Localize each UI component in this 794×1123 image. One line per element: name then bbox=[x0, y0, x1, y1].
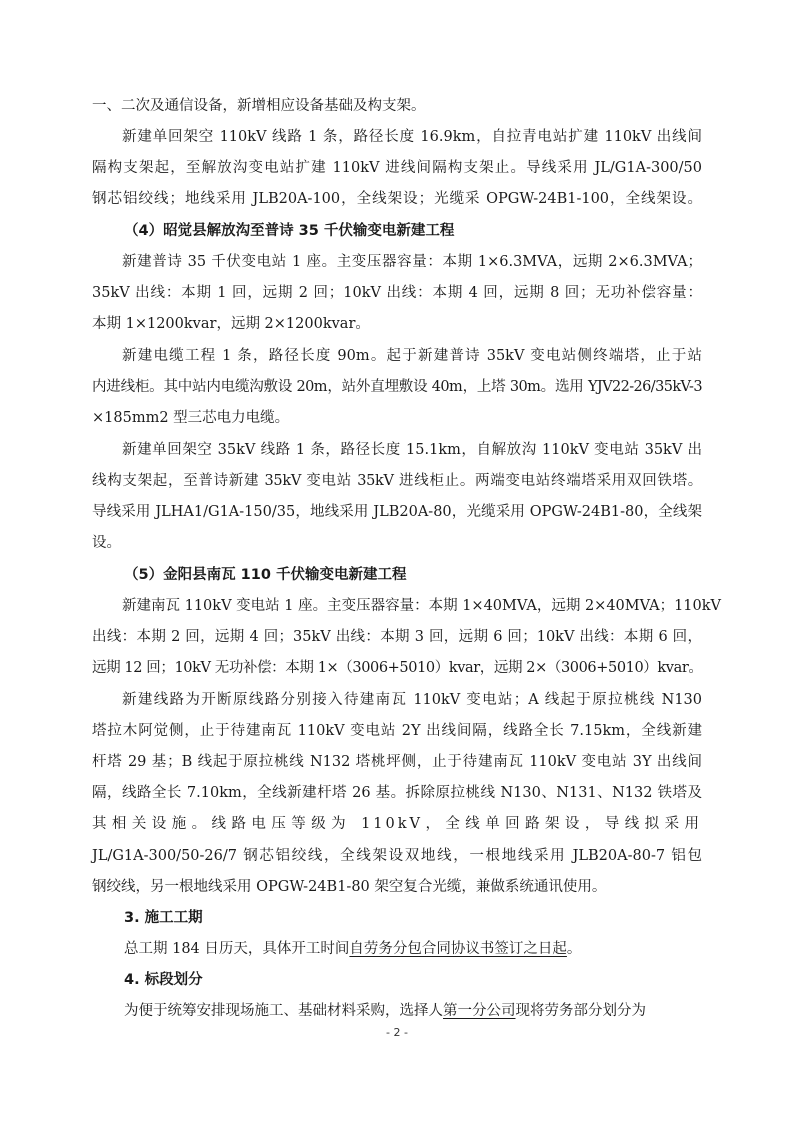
paragraph-line: 隔，线路全长 7.10km，全线新建杆塔 26 基。拆除原拉桃线 N130、N1… bbox=[92, 783, 702, 803]
paragraph-line: 新建单回架空 35kV 线路 1 条，路径长度 15.1km，自解放沟 110k… bbox=[122, 440, 702, 460]
paragraph-line: 设。 bbox=[92, 533, 702, 553]
page-number: - 2 - bbox=[0, 1026, 794, 1039]
schedule-text: 总工期 184 日历天，具体开工时间 bbox=[124, 941, 349, 957]
document-page: 一、二次及通信设备，新增相应设备基础及构支架。 新建单回架空 110kV 线路 … bbox=[0, 0, 794, 1123]
paragraph-line: 新建电缆工程 1 条，路径长度 90m。起于新建普诗 35kV 变电站侧终端塔，… bbox=[122, 346, 702, 366]
paragraph-line: JL/G1A-300/50-26/7 钢芯铝绞线，全线架设双地线，一根地线采用 … bbox=[92, 846, 702, 866]
division-text: 为便于统筹安排现场施工、基础材料采购，选择人 bbox=[124, 1003, 443, 1019]
paragraph-line: 钢绞线，另一根地线采用 OPGW-24B1-80 架空复合光缆，兼做系统通讯使用… bbox=[92, 877, 702, 897]
paragraph-line: 钢芯铝绞线；地线采用 JLB20A-100，全线架设；光缆采 OPGW-24B1… bbox=[92, 189, 702, 209]
schedule-underlined-text: 自劳务分包合同协议书签订之日起 bbox=[349, 941, 567, 957]
paragraph-line: 其相关设施。线路电压等级为 110kV，全线单回路架设，导线拟采用 bbox=[92, 814, 702, 834]
schedule-suffix: 。 bbox=[567, 941, 582, 957]
paragraph-line: 杆塔 29 基；B 线起于原拉桃线 N132 塔桃坪侧，止于待建南瓦 110kV… bbox=[92, 752, 702, 772]
paragraph-line: 新建普诗 35 千伏变电站 1 座。主变压器容量：本期 1×6.3MVA，远期 … bbox=[122, 252, 702, 272]
section-heading-4: （4）昭觉县解放沟至普诗 35 千伏输变电新建工程 bbox=[124, 221, 734, 241]
paragraph-line: 远期 12 回；10kV 无功补偿：本期 1×（3006+5010）kvar，远… bbox=[92, 658, 702, 678]
division-paragraph: 为便于统筹安排现场施工、基础材料采购，选择人第一分公司现将劳务部分划分为 bbox=[124, 1001, 704, 1021]
division-underlined-text: 第一分公司 bbox=[443, 1003, 516, 1019]
paragraph-line: 一、二次及通信设备，新增相应设备基础及构支架。 bbox=[92, 96, 702, 116]
paragraph-line: 导线采用 JLHA1/G1A-150/35，地线采用 JLB20A-80，光缆采… bbox=[92, 502, 702, 522]
division-suffix: 现将劳务部分划分为 bbox=[516, 1003, 647, 1019]
paragraph-line: 新建单回架空 110kV 线路 1 条，路径长度 16.9km，自拉青电站扩建 … bbox=[122, 127, 702, 147]
section-heading-5: （5）金阳县南瓦 110 千伏输变电新建工程 bbox=[124, 565, 734, 585]
paragraph-line: 新建南瓦 110kV 变电站 1 座。主变压器容量：本期 1×40MVA，远期 … bbox=[122, 596, 702, 616]
paragraph-line: 线构支架起，至普诗新建 35kV 变电站 35kV 进线柜止。两端变电站终端塔采… bbox=[92, 471, 702, 491]
section-heading-4-division: 4. 标段划分 bbox=[124, 970, 734, 990]
paragraph-line: 35kV 出线：本期 1 回，远期 2 回；10kV 出线：本期 4 回，远期 … bbox=[92, 283, 702, 303]
paragraph-line: 内进线柜。其中站内电缆沟敷设 20m，站外直埋敷设 40m，上塔 30m。选用 … bbox=[92, 377, 702, 397]
schedule-paragraph: 总工期 184 日历天，具体开工时间自劳务分包合同协议书签订之日起。 bbox=[124, 939, 734, 959]
paragraph-line: 隔构支架起，至解放沟变电站扩建 110kV 进线间隔构支架止。导线采用 JL/G… bbox=[92, 158, 702, 178]
paragraph-line: 塔拉木阿觉侧，止于待建南瓦 110kV 变电站 2Y 出线间隔，线路全长 7.1… bbox=[92, 721, 702, 741]
paragraph-line: 新建线路为开断原线路分别接入待建南瓦 110kV 变电站；A 线起于原拉桃线 N… bbox=[122, 690, 702, 710]
paragraph-line: ×185mm2 型三芯电力电缆。 bbox=[92, 408, 702, 428]
paragraph-line: 出线：本期 2 回，远期 4 回；35kV 出线：本期 3 回，远期 6 回；1… bbox=[92, 627, 702, 647]
section-heading-3: 3. 施工工期 bbox=[124, 908, 734, 928]
paragraph-line: 本期 1×1200kvar，远期 2×1200kvar。 bbox=[92, 314, 702, 334]
